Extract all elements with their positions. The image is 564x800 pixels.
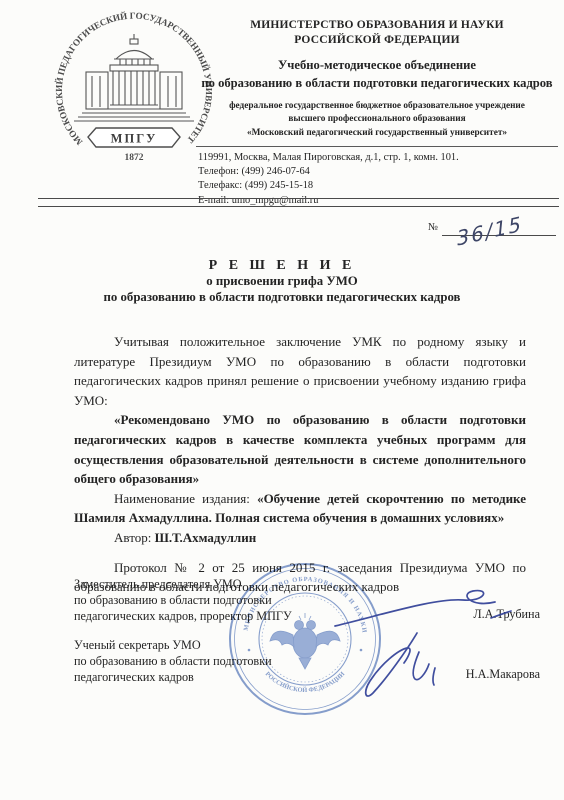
signatory-name-2: Н.А.Макарова xyxy=(466,666,540,682)
document-title: Р Е Ш Е Н И Е о присвоении грифа УМО по … xyxy=(40,258,524,306)
paragraph-recommendation: «Рекомендовано УМО по образованию в обла… xyxy=(74,410,526,488)
title-main: Р Е Ш Е Н И Е xyxy=(40,258,524,274)
emblem-abbr: МПГУ xyxy=(111,132,158,146)
header-double-rule xyxy=(38,198,559,207)
reference-number: № 36/15 xyxy=(428,210,559,236)
letterhead: МИНИСТЕРСТВО ОБРАЗОВАНИЯ И НАУКИ РОССИЙС… xyxy=(196,18,558,208)
institution-line1: федеральное государственное бюджетное об… xyxy=(196,100,558,113)
document-body: Учитывая положительное заключение УМК по… xyxy=(74,332,526,597)
paragraph-author: Автор: Ш.Т.Ахмадуллин xyxy=(74,528,526,548)
emblem-ring-text: МОСКОВСКИЙ ПЕДАГОГИЧЕСКИЙ ГОСУДАРСТВЕННЫ… xyxy=(54,11,214,147)
emblem-banner: МПГУ xyxy=(88,128,180,147)
paragraph-preamble: Учитывая положительное заключение УМК по… xyxy=(74,332,526,410)
institution-line3: «Московский педагогический государственн… xyxy=(196,127,558,140)
fax-line: Телефакс: (499) 245-15-18 xyxy=(198,179,558,193)
author-label: Автор: xyxy=(114,530,155,545)
ministry-line2: РОССИЙСКОЙ ФЕДЕРАЦИИ xyxy=(196,33,558,48)
emblem-graphic: МОСКОВСКИЙ ПЕДАГОГИЧЕСКИЙ ГОСУДАРСТВЕННЫ… xyxy=(50,8,218,176)
official-round-stamp: МИНИСТЕРСТВО ОБРАЗОВАНИЯ И НАУКИ РОССИЙС… xyxy=(226,560,384,718)
paragraph-edition: Наименование издания: «Обучение детей ск… xyxy=(74,489,526,528)
scanned-document-page: МОСКОВСКИЙ ПЕДАГОГИЧЕСКИЙ ГОСУДАРСТВЕННЫ… xyxy=(0,0,564,800)
org-line2: по образованию в области подготовки педа… xyxy=(196,75,558,93)
double-headed-eagle-icon xyxy=(270,613,340,669)
author-name: Ш.Т.Ахмадуллин xyxy=(155,530,257,545)
svg-text:МОСКОВСКИЙ ПЕДАГОГИЧЕСКИЙ ГОСУ: МОСКОВСКИЙ ПЕДАГОГИЧЕСКИЙ ГОСУДАРСТВЕННЫ… xyxy=(54,11,214,147)
number-label: № xyxy=(428,222,438,233)
address-line: 119991, Москва, Малая Пироговская, д.1, … xyxy=(198,151,558,165)
handwritten-number: 36/15 xyxy=(456,211,524,250)
edition-label: Наименование издания: xyxy=(114,491,257,506)
institution-line2: высшего профессионального образования xyxy=(196,113,558,126)
university-emblem: МОСКОВСКИЙ ПЕДАГОГИЧЕСКИЙ ГОСУДАРСТВЕННЫ… xyxy=(50,8,218,176)
university-building-illustration xyxy=(74,34,194,121)
org-line1: Учебно-методическое объединение xyxy=(196,57,558,75)
title-sub2: по образованию в области подготовки педа… xyxy=(40,290,524,306)
emblem-year: 1872 xyxy=(125,153,144,163)
ministry-line1: МИНИСТЕРСТВО ОБРАЗОВАНИЯ И НАУКИ xyxy=(196,18,558,33)
phone-line: Телефон: (499) 246-07-64 xyxy=(198,165,558,179)
signatory-name-1: Л.А.Трубина xyxy=(473,606,540,622)
title-sub1: о присвоении грифа УМО xyxy=(40,274,524,290)
address-divider xyxy=(196,146,558,147)
